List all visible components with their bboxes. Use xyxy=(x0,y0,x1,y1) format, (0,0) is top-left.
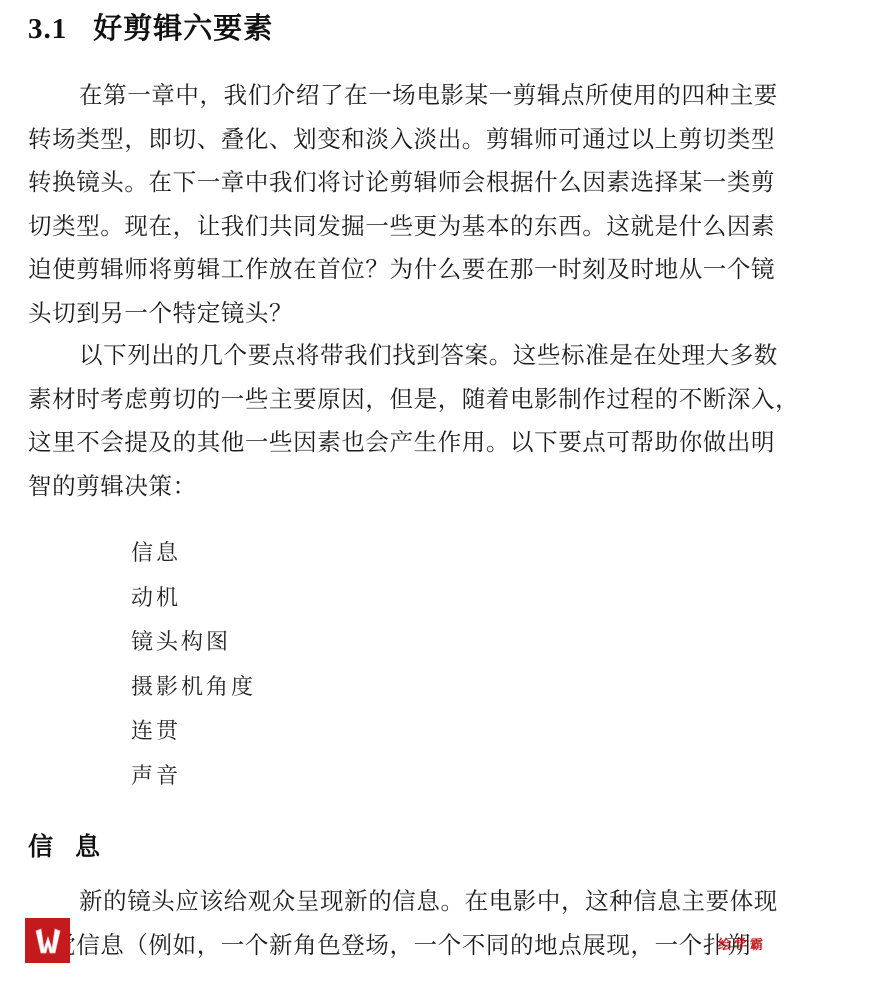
paragraph-line: 在第一章中，我们介绍了在一场电影某一剪辑点所使用的四种主要 xyxy=(28,74,840,118)
subsection-heading: 信息 xyxy=(28,827,122,863)
paragraph-line: 转场类型，即切、叠化、划变和淡入淡出。剪辑师可通过以上剪切类型 xyxy=(28,118,840,162)
paragraph-criteria: 以下列出的几个要点将带我们找到答案。这些标准是在处理大多数 素材时考虑剪切的一些… xyxy=(28,334,840,508)
list-item: 声音 xyxy=(131,755,256,800)
list-item: 连贯 xyxy=(131,710,256,755)
paragraph-line: 头切到另一个特定镜头？ xyxy=(28,292,840,336)
paragraph-line: 以下列出的几个要点将带我们找到答案。这些标准是在处理大多数 xyxy=(28,334,840,378)
watermark-logo xyxy=(25,918,70,963)
paragraph-line: 新的镜头应该给观众呈现新的信息。在电影中，这种信息主要体现 xyxy=(28,880,840,924)
paragraph-line: 切类型。现在，让我们共同发掘一些更为基本的东西。这就是什么因素 xyxy=(28,205,840,249)
section-title: 3.1好剪辑六要素 xyxy=(28,6,273,47)
paragraph-line: 迫使剪辑师将剪辑工作放在首位？为什么要在那一时刻及时地从一个镜 xyxy=(28,248,840,292)
section-number: 3.1 xyxy=(28,13,67,45)
section-title-text: 好剪辑六要素 xyxy=(93,11,273,45)
list-item: 信息 xyxy=(131,532,256,577)
paragraph-line: 转换镜头。在下一章中我们将讨论剪辑师会根据什么因素选择某一类剪 xyxy=(28,161,840,205)
document-page: 3.1好剪辑六要素 在第一章中，我们介绍了在一场电影某一剪辑点所使用的四种主要 … xyxy=(0,0,869,981)
watermark-text: 绘学霸 xyxy=(718,934,766,953)
list-item: 镜头构图 xyxy=(131,621,256,666)
paragraph-line: 素材时考虑剪切的一些主要原因，但是，随着电影制作过程的不断深入， xyxy=(28,378,840,422)
paragraph-line: 智的剪辑决策： xyxy=(28,465,840,509)
paragraph-information: 新的镜头应该给观众呈现新的信息。在电影中，这种信息主要体现 视觉信息（例如，一个… xyxy=(28,880,840,967)
elements-list: 信息 动机 镜头构图 摄影机角度 连贯 声音 xyxy=(131,532,256,799)
logo-w-icon xyxy=(32,925,64,957)
paragraph-line: 这里不会提及的其他一些因素也会产生作用。以下要点可帮助你做出明 xyxy=(28,421,840,465)
list-item: 摄影机角度 xyxy=(131,666,256,711)
paragraph-intro: 在第一章中，我们介绍了在一场电影某一剪辑点所使用的四种主要 转场类型，即切、叠化… xyxy=(28,74,840,335)
list-item: 动机 xyxy=(131,577,256,622)
